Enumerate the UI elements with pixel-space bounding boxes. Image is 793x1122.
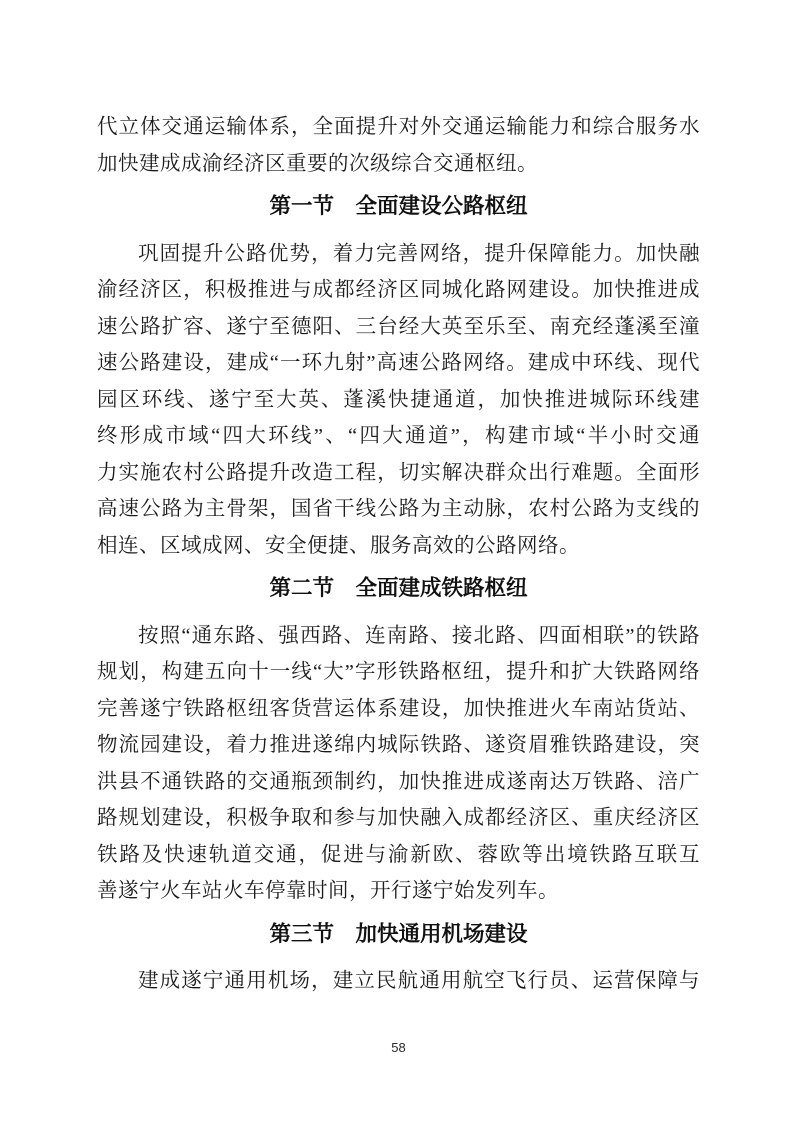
section-2-paragraph: 按照“通东路、强西路、连南路、接北路、四面相联”的铁路建设 规划，构建五向十一线…	[97, 618, 700, 910]
page-number: 58	[97, 1040, 700, 1055]
body-line: 完善遂宁铁路枢纽客货营运体系建设，加快推进火车南站货站、铁路	[97, 691, 700, 728]
body-line: 终形成市域“四大环线”、“四大通道”，构建市域“半小时交通圈”。大	[97, 418, 700, 455]
body-line: 速公路建设，建成“一环九射”高速公路网络。建成中环线、现代农业	[97, 345, 700, 382]
section-heading-2: 第二节 全面建成铁路枢纽	[97, 570, 700, 607]
body-line: 巩固提升公路优势，着力完善网络，提升保障能力。加快融入成	[97, 236, 700, 273]
body-line: 速公路扩容、遂宁至德阳、三台经大英至乐至、南充经蓬溪至潼南高	[97, 309, 700, 346]
section-heading-1: 第一节 全面建设公路枢纽	[97, 188, 700, 225]
body-line: 代立体交通运输体系，全面提升对外交通运输能力和综合服务水平，	[97, 109, 700, 146]
body-line: 力实施农村公路提升改造工程，切实解决群众出行难题。全面形成以	[97, 455, 700, 492]
body-line: 洪县不通铁路的交通瓶颈制约，加快推进成遂南达万铁路、涪广遂铁	[97, 764, 700, 801]
body-line: 相连、区域成网、安全便捷、服务高效的公路网络。	[97, 528, 700, 565]
intro-paragraph: 代立体交通运输体系，全面提升对外交通运输能力和综合服务水平， 加快建成成渝经济区…	[97, 109, 700, 182]
document-page: 代立体交通运输体系，全面提升对外交通运输能力和综合服务水平， 加快建成成渝经济区…	[0, 0, 793, 1122]
section-3-paragraph: 建成遂宁通用机场，建立民航通用航空飞行员、运营保障与服务	[97, 963, 700, 1000]
body-line: 加快建成成渝经济区重要的次级综合交通枢纽。	[97, 146, 700, 183]
body-line: 按照“通东路、强西路、连南路、接北路、四面相联”的铁路建设	[97, 618, 700, 655]
body-line: 善遂宁火车站火车停靠时间，开行遂宁始发列车。	[97, 873, 700, 910]
body-line: 铁路及快速轨道交通，促进与渝新欧、蓉欧等出境铁路互联互通。完	[97, 837, 700, 874]
body-line: 渝经济区，积极推进与成都经济区同城化路网建设。加快推进成南高	[97, 272, 700, 309]
body-line: 物流园建设，着力推进遂绵内城际铁路、遂资眉雅铁路建设，突破射	[97, 727, 700, 764]
section-heading-3: 第三节 加快通用机场建设	[97, 916, 700, 953]
section-1-paragraph: 巩固提升公路优势，着力完善网络，提升保障能力。加快融入成 渝经济区，积极推进与成…	[97, 236, 700, 565]
body-line: 路规划建设，积极争取和参与加快融入成都经济区、重庆经济区城际	[97, 800, 700, 837]
body-line: 规划，构建五向十一线“大”字形铁路枢纽，提升和扩大铁路网络覆盖。	[97, 654, 700, 691]
body-line: 建成遂宁通用机场，建立民航通用航空飞行员、运营保障与服务	[97, 963, 700, 1000]
body-line: 园区环线、遂宁至大英、蓬溪快捷通道，加快推进城际环线建设，最	[97, 382, 700, 419]
body-line: 高速公路为主骨架，国省干线公路为主动脉，农村公路为支线的干支	[97, 491, 700, 528]
